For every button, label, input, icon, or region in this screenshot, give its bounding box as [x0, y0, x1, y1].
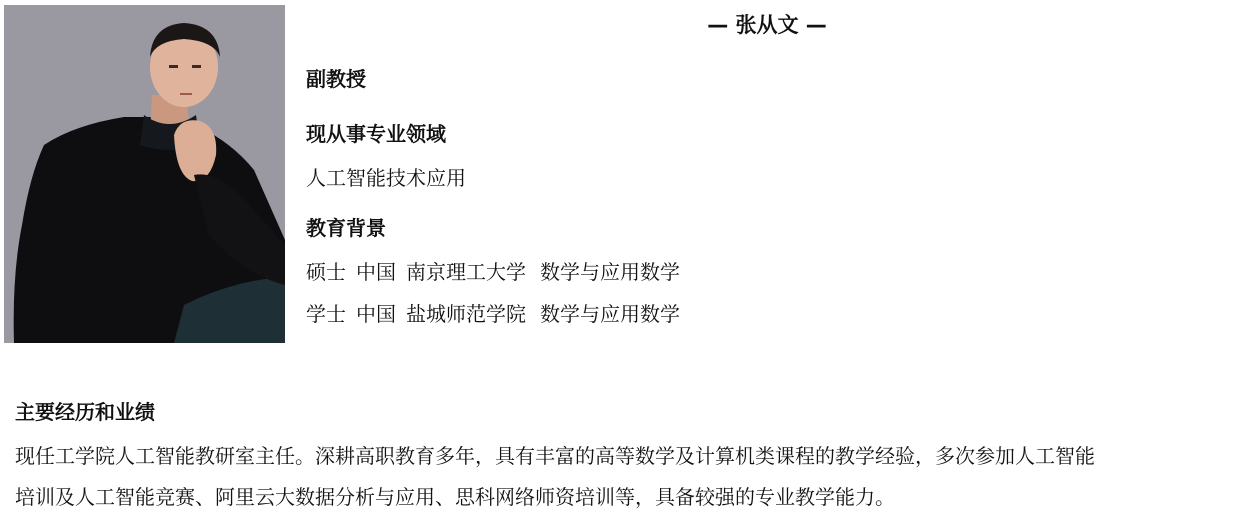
experience-heading: 主要经历和业绩 [15, 398, 155, 426]
education-degree: 学士 [306, 302, 346, 326]
experience-line: 现任工学院人工智能教研室主任。深耕高职教育多年，具有丰富的高等数学及计算机类课程… [15, 442, 1095, 470]
education-entry: 学士中国盐城师范学院数学与应用数学 [306, 300, 690, 328]
portrait-illustration [4, 5, 285, 343]
profile-photo [4, 5, 285, 343]
education-school: 盐城师范学院 [406, 302, 526, 326]
education-entry: 硕士中国南京理工大学数学与应用数学 [306, 258, 690, 286]
education-heading: 教育背景 [306, 214, 386, 242]
academic-title: 副教授 [306, 65, 366, 93]
field-value: 人工智能技术应用 [306, 164, 466, 192]
education-school: 南京理工大学 [406, 260, 526, 284]
education-major: 数学与应用数学 [540, 302, 680, 326]
education-country: 中国 [356, 260, 396, 284]
experience-line: 培训及人工智能竞赛、阿里云大数据分析与应用、思科网络师资培训等，具备较强的专业教… [15, 483, 895, 511]
field-heading: 现从事专业领域 [306, 120, 446, 148]
education-degree: 硕士 [306, 260, 346, 284]
education-major: 数学与应用数学 [540, 260, 680, 284]
education-country: 中国 [356, 302, 396, 326]
teacher-name: — 张从文 — [700, 10, 834, 40]
